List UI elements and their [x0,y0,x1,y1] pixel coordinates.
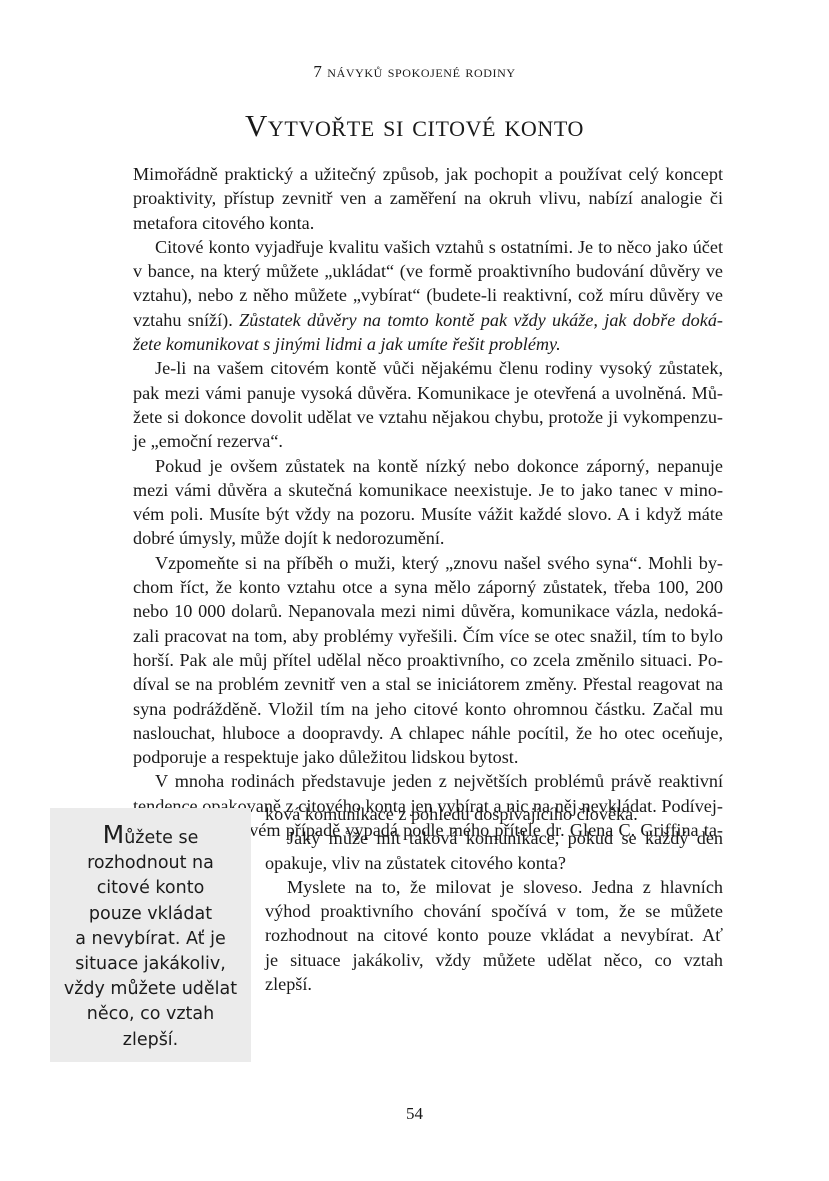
book-page: 7 návyků spokojené rodiny Vytvořte si ci… [0,0,829,1181]
text-line: výhod proaktivního chování spočívá v tom… [265,899,723,923]
text-line: Je-li na vašem citovém kontě vůči nějaké… [133,356,723,380]
text-line: zali pracovat na tom, aby problémy vyřeš… [133,624,723,648]
text-line: mezi vámi důvěra a skutečná komunikace n… [133,478,723,502]
pull-quote-box: Můžete se rozhodnout na citové konto pou… [50,808,251,1062]
text-line: vztahu), nebo z něho můžete „vybírat“ (b… [133,283,723,307]
pull-quote-line: Můžete se [56,822,245,851]
pull-quote-initial: M [103,820,125,849]
text-line: Jaký může mít taková komunikace, pokud s… [265,826,723,850]
text-line: podporuje a respektuje jako důležitou li… [133,745,723,769]
pull-quote-text: ůžete se [124,828,198,848]
text-line: syna podrážděně. Vložil tím na jeho cito… [133,697,723,721]
pull-quote-line: pouze vkládat [56,902,245,927]
text-line: dobré úmysly, může dojít k nedorozumění. [133,526,723,550]
text-line: díval se na problém zevnitř ven a stal s… [133,672,723,696]
pull-quote-line: citové konto [56,876,245,901]
pull-quote-line: a nevybírat. Ať je [56,927,245,952]
section-title: Vytvořte si citové konto [0,108,829,144]
text-line: nebo 10 000 dolarů. Nepanovala mezi nimi… [133,599,723,623]
text-line: je „emoční rezerva“. [133,429,723,453]
paragraph-4: Pokud je ovšem zůstatek na kontě nízký n… [133,454,723,551]
text-emphasis: žete komunikovat s jinými lidmi a jak um… [133,334,561,354]
text-line: Mimořádně praktický a užitečný způsob, j… [133,162,723,186]
text-line: zlepší. [265,972,723,996]
text-line: proaktivity, přístup zevnitř ven a zaměř… [133,186,723,210]
body-text-wrapped: ková komunikace z pohledu dospívajícího … [265,802,723,996]
page-number: 54 [0,1104,829,1124]
text-line: žete si dokonce dovolit udělat ve vztahu… [133,405,723,429]
paragraph-7: Jaký může mít taková komunikace, pokud s… [265,826,723,875]
text-plain: vztahu sníží). [133,310,239,330]
paragraph-1: Mimořádně praktický a užitečný způsob, j… [133,162,723,235]
pull-quote-line: situace jakákoliv, [56,952,245,977]
text-line: metafora citového konta. [133,211,723,235]
text-line: chom říct, že konto vztahu otce a syna m… [133,575,723,599]
text-line: rozhodnout na citové konto pouze vkládat… [265,923,723,947]
paragraph-3: Je-li na vašem citovém kontě vůči nějaké… [133,356,723,453]
text-line: naslouchat, hluboce a doopravdy. A chlap… [133,721,723,745]
pull-quote-line: něco, co vztah [56,1002,245,1027]
text-line: Vzpomeňte si na příběh o muži, který „zn… [133,551,723,575]
paragraph-5: Vzpomeňte si na příběh o muži, který „zn… [133,551,723,770]
pull-quote-line: rozhodnout na [56,851,245,876]
paragraph-8: Myslete na to, že milovat je sloveso. Je… [265,875,723,996]
text-line: vém poli. Musíte být vždy na pozoru. Mus… [133,502,723,526]
text-emphasis: Zůstatek důvěry na tomto kontě pak vždy … [239,310,723,330]
text-line: V mnoha rodinách představuje jeden z nej… [133,769,723,793]
pull-quote-line: zlepší. [56,1028,245,1053]
body-text: Mimořádně praktický a užitečný způsob, j… [133,162,723,842]
text-line: v bance, na který můžete „ukládat“ (ve f… [133,259,723,283]
paragraph-6-continued: ková komunikace z pohledu dospívajícího … [265,802,723,826]
text-line: je situace jakákoliv, vždy můžete udělat… [265,948,723,972]
text-line: Myslete na to, že milovat je sloveso. Je… [265,875,723,899]
running-head: 7 návyků spokojené rodiny [0,62,829,82]
text-line: žete komunikovat s jinými lidmi a jak um… [133,332,723,356]
text-line: vztahu sníží). Zůstatek důvěry na tomto … [133,308,723,332]
text-line: Pokud je ovšem zůstatek na kontě nízký n… [133,454,723,478]
paragraph-2: Citové konto vyjadřuje kvalitu vašich vz… [133,235,723,356]
text-line: pak mezi vámi panuje vysoká důvěra. Komu… [133,381,723,405]
text-line: Citové konto vyjadřuje kvalitu vašich vz… [133,235,723,259]
text-line: horší. Pak ale můj přítel udělal něco pr… [133,648,723,672]
text-line: opakuje, vliv na zůstatek citového konta… [265,851,723,875]
text-line: ková komunikace z pohledu dospívajícího … [265,802,723,826]
pull-quote-line: vždy můžete udělat [56,977,245,1002]
